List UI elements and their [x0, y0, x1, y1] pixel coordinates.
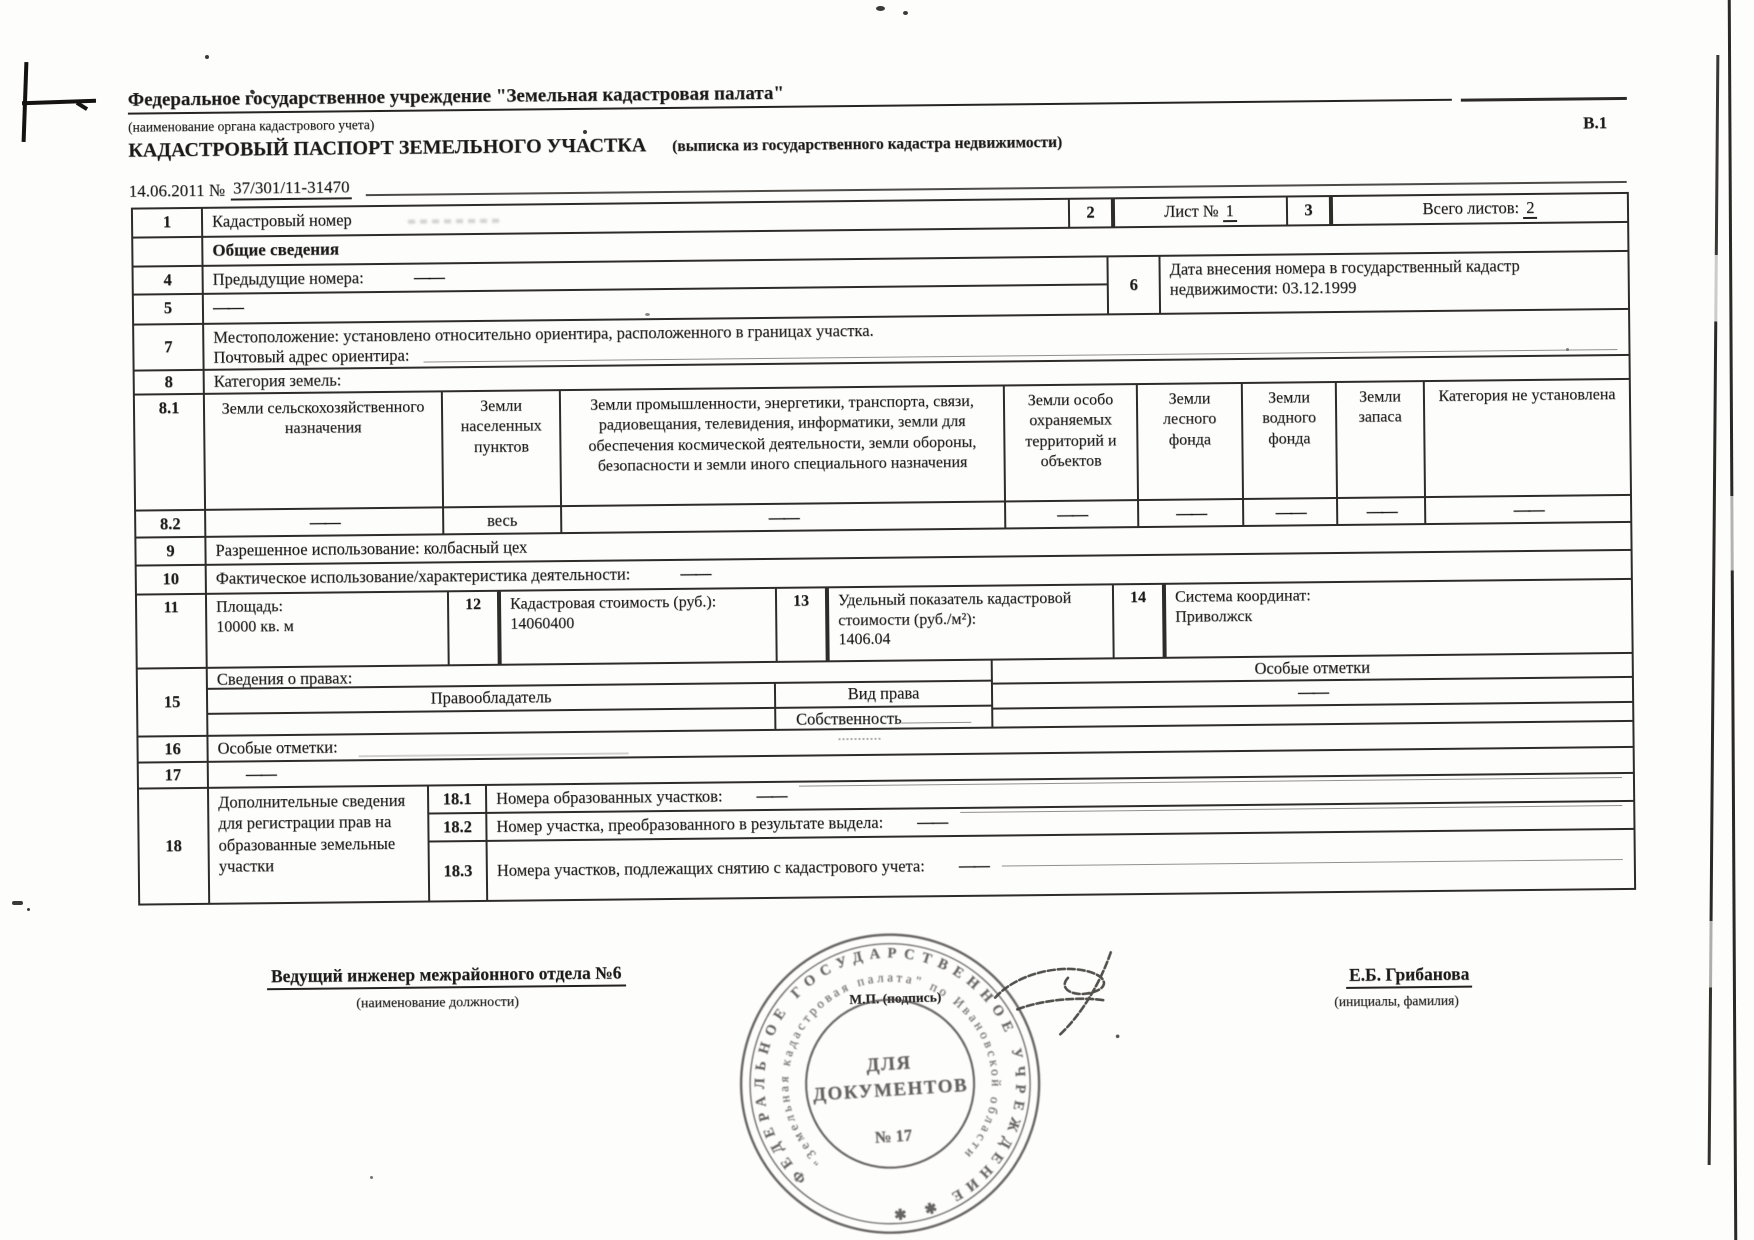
faded-ink-artifact: [408, 219, 503, 224]
row182-label: Номер участка, преобразованного в резуль…: [496, 813, 883, 837]
faded-dots-artifact: [838, 738, 880, 740]
registration-date: 14.06.2011 №: [129, 181, 226, 202]
scan-speck: [645, 313, 650, 316]
scan-speck: [876, 6, 885, 11]
category-val-not-set: ——: [1424, 496, 1630, 523]
row182-value: ——: [917, 812, 946, 832]
scanned-cadastral-passport-page: Федеральное государственное учреждение "…: [0, 0, 1754, 1240]
form-code-label: В.1: [1583, 113, 1607, 133]
stamp-center-line1: ДЛЯ: [866, 1052, 913, 1076]
row10-num: 10: [137, 566, 207, 594]
category-col-settlements: Земли населенных пунктов: [441, 391, 560, 506]
row9-num: 9: [136, 538, 206, 565]
additional-info-label: Дополнительные сведения для регистрации …: [209, 787, 430, 903]
area-label: Площадь:: [216, 595, 438, 617]
category-col-not-set: Категория не установлена: [1423, 380, 1630, 496]
category-val-forest: ——: [1137, 500, 1242, 526]
stamp-center-line2: ДОКУМЕНТОВ: [812, 1075, 968, 1106]
scan-speck: [27, 908, 30, 911]
area-value: 10000 кв. м: [216, 615, 438, 637]
row2-num: 2: [1068, 199, 1113, 226]
org-underline-extension: [1461, 97, 1627, 102]
category-col-agricultural: Земли сельскохозяйственного назначения: [205, 392, 442, 508]
row183-value: ——: [959, 856, 988, 876]
category-val-water: ——: [1242, 499, 1336, 525]
row17-num: 17: [139, 763, 209, 788]
actual-use-label: Фактическое использование/характеристика…: [216, 564, 631, 587]
blank-fill-line: [902, 722, 972, 724]
cadastral-cost-label: Кадастровая стоимость (руб.):: [510, 592, 766, 614]
row16-num: 16: [138, 737, 208, 762]
row181-label: Номера образованных участков:: [496, 786, 723, 808]
stamp-center-number: № 17: [874, 1125, 912, 1146]
cadastral-number-label: Кадастровый номер: [212, 210, 352, 230]
scan-speck: [205, 55, 209, 59]
row82-num: 8.2: [136, 511, 206, 537]
category-val-reserve: ——: [1336, 498, 1424, 524]
actual-use-value: ——: [680, 564, 709, 583]
row18-num: 18: [139, 789, 210, 904]
cadastral-cost-cell: Кадастровая стоимость (руб.): 14060400: [499, 589, 776, 664]
faded-line-artifact: [359, 752, 629, 757]
row181-value: ——: [756, 786, 785, 806]
category-val-settlements: весь: [442, 507, 560, 533]
org-name-line: Федеральное государственное учреждение "…: [128, 76, 1452, 115]
date-entered-cell: Дата внесения номера в государственный к…: [1158, 252, 1628, 313]
signer-name: Е.Б. Грибанова: [1346, 964, 1473, 989]
row182-num: 18.2: [429, 814, 487, 841]
org-name: Федеральное государственное учреждение "…: [128, 83, 784, 111]
row-land-category-columns: 8.1 Земли сельскохозяйственного назначен…: [135, 380, 1630, 512]
category-col-reserve: Земли запаса: [1335, 382, 1424, 497]
total-sheets-cell: Всего листов: 2: [1331, 194, 1627, 224]
category-col-industry: Земли промышленности, энергетики, трансп…: [559, 386, 1004, 505]
area-cell: Площадь: 10000 кв. м: [207, 592, 448, 667]
scan-speck: [370, 1176, 373, 1179]
general-info-num-empty: [133, 238, 203, 266]
row15-num: 15: [138, 669, 209, 736]
row183-num: 18.3: [430, 842, 489, 901]
org-caption: (наименование органа кадастрового учета): [128, 117, 374, 136]
row-additional-info: 18 Дополнительные сведения для регистрац…: [139, 774, 1634, 904]
coord-system-value: Приволжск: [1175, 603, 1622, 627]
specific-cost-cell: Удельный показатель кадастровой стоимост…: [827, 585, 1113, 660]
row3-num: 3: [1286, 197, 1331, 224]
cadastral-table: 1 Кадастровый номер 2 Лист № 1 3 Всего л…: [131, 192, 1636, 906]
rights-type-header: Вид права: [776, 682, 991, 709]
scan-speck: [583, 130, 587, 134]
scan-speck: [1566, 348, 1569, 351]
row183-cell: Номера участков, подлежащих снятию с кад…: [488, 830, 1635, 900]
category-val-protected: ——: [1004, 501, 1137, 527]
official-round-stamp: ФЕДЕРАЛЬНОЕ ГОСУДАРСТВЕННОЕ УЧРЕЖДЕНИЕ ✱…: [727, 920, 1054, 1240]
signer-position: Ведущий инженер межрайонного отдела №6: [267, 962, 626, 990]
row17-value: ——: [246, 764, 275, 783]
row5-num: 5: [134, 295, 204, 324]
scan-speck: [903, 11, 908, 15]
category-col-forest: Земли лесного фонда: [1136, 384, 1242, 499]
rights-type-value: Собственность: [796, 709, 902, 729]
category-col-water: Земли водного фонда: [1241, 383, 1336, 498]
registration-number: 37/301/11-31470: [231, 177, 352, 200]
category-val-industry: ——: [560, 502, 1004, 532]
row13-num: 13: [775, 588, 828, 661]
blank-fill-line: [1002, 859, 1623, 867]
sheet-number-label: Лист №: [1164, 201, 1219, 221]
row4-num: 4: [134, 267, 204, 294]
category-val-agricultural: ——: [206, 508, 442, 535]
cadastral-cost-value: 14060400: [510, 611, 766, 633]
row5-value: ——: [213, 297, 242, 316]
total-sheets-value: 2: [1523, 198, 1537, 219]
special-notes-label: Особые отметки:: [217, 737, 337, 757]
row6-num: 6: [1106, 257, 1159, 314]
previous-numbers-label: Предыдущие номера:: [213, 268, 364, 289]
rights-type-value-wrap: Собственность: [776, 707, 991, 730]
row183-label: Номера участков, подлежащих снятию с кад…: [497, 856, 925, 881]
total-sheets-label: Всего листов:: [1422, 198, 1519, 218]
row14-num: 14: [1112, 585, 1165, 658]
row11-num: 11: [137, 595, 208, 668]
specific-cost-value: 1406.04: [838, 631, 890, 649]
coord-system-cell: Система координат: Приволжск: [1164, 580, 1632, 657]
category-col-protected: Земли особо охраняемых территорий и объе…: [1003, 385, 1137, 500]
row7-num: 7: [134, 325, 204, 370]
document-title: КАДАСТРОВЫЙ ПАСПОРТ ЗЕМЕЛЬНОГО УЧАСТКА: [128, 134, 646, 161]
scan-speck: [12, 901, 23, 905]
row81-num: 8.1: [135, 395, 206, 510]
document-title-note: (выписка из государственного кадастра не…: [672, 134, 1062, 155]
row8-num: 8: [135, 371, 205, 394]
specific-cost-label: Удельный показатель кадастровой стоимост…: [838, 590, 1071, 629]
location-line2: Почтовый адрес ориентира:: [213, 346, 409, 368]
row-18-3: 18.3 Номера участков, подлежащих снятию …: [430, 830, 1635, 901]
document-content: Федеральное государственное учреждение "…: [0, 0, 1754, 1240]
signer-name-caption: (инициалы, фамилия): [1334, 993, 1459, 1010]
document-title-line: КАДАСТРОВЫЙ ПАСПОРТ ЗЕМЕЛЬНОГО УЧАСТКА(в…: [128, 130, 1062, 163]
sheet-number-cell: Лист № 1: [1113, 198, 1286, 227]
row1-num: 1: [133, 209, 203, 237]
row12-num: 12: [447, 592, 500, 665]
row181-num: 18.1: [429, 786, 487, 813]
previous-numbers-value: ——: [414, 267, 443, 286]
signer-position-caption: (наименование должности): [356, 995, 519, 1013]
sheet-number-value: 1: [1223, 201, 1237, 222]
